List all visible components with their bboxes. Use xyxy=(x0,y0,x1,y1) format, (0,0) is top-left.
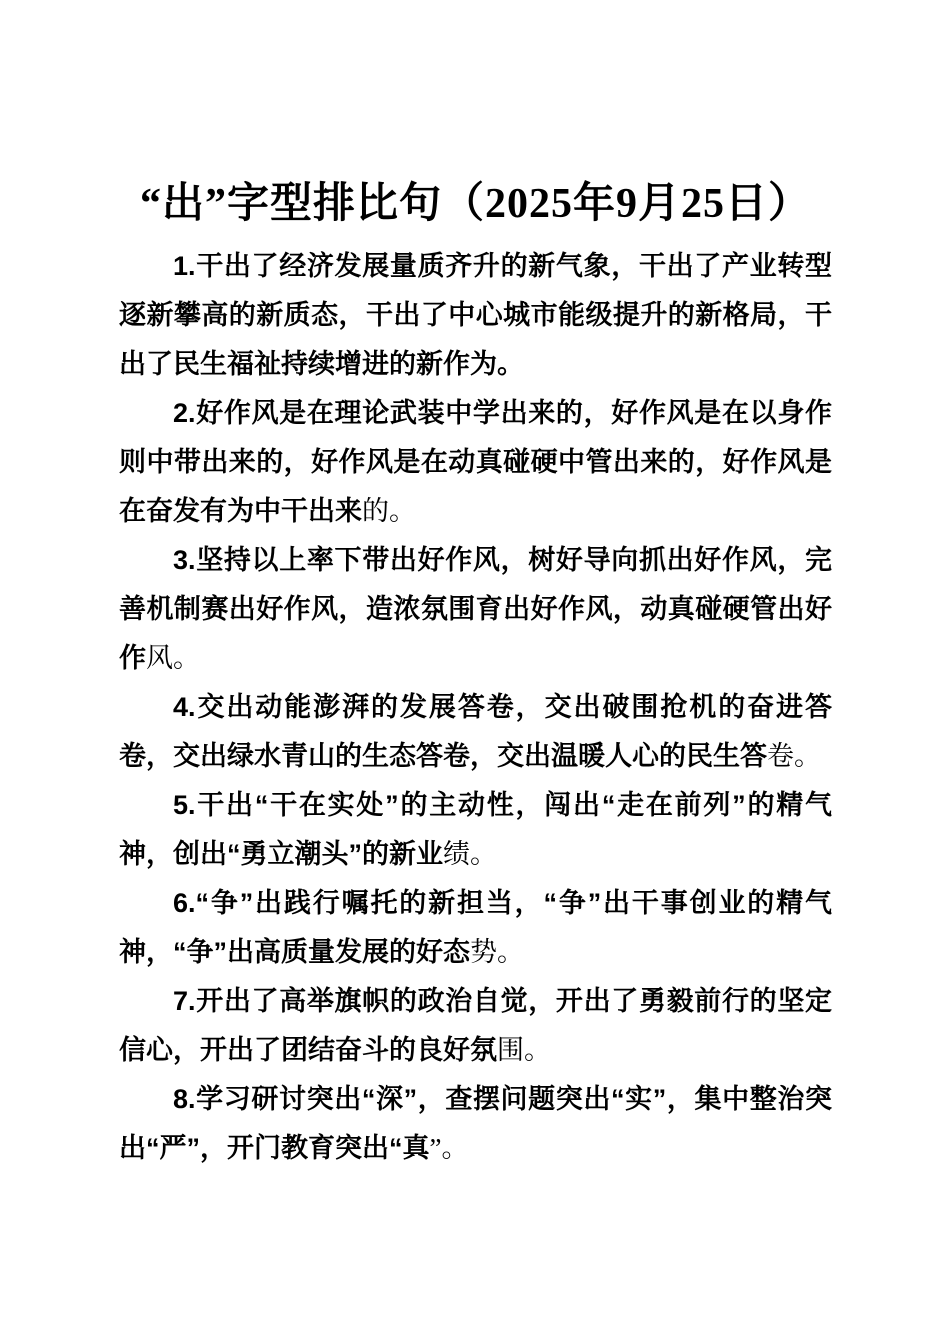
paragraph-3-tail: 风。 xyxy=(146,643,200,673)
paragraph-5-tail: 绩。 xyxy=(443,839,497,869)
paragraph-8-text: 8.学习研讨突出“深”，查摆问题突出“实”，集中整治突出“严”，开门教育突出“真 xyxy=(119,1084,832,1163)
paragraph-3-text: 3.坚持以上率下带出好作风，树好导向抓出好作风，完善机制赛出好作风，造浓氛围育出… xyxy=(119,545,832,673)
paragraph-1-text: 1.干出了经济发展量质齐升的新气象，干出了产业转型逐新攀高的新质态，干出了中心城… xyxy=(119,251,832,379)
paragraph-7: 7.开出了高举旗帜的政治自觉，开出了勇毅前行的坚定信心，开出了团结奋斗的良好氛围… xyxy=(119,977,832,1075)
paragraph-4-tail: 卷。 xyxy=(767,741,821,771)
document-title: “出”字型排比句（2025年9月25日） xyxy=(119,0,832,232)
paragraph-4: 4.交出动能澎湃的发展答卷，交出破围抢机的奋进答卷，交出绿水青山的生态答卷，交出… xyxy=(119,683,832,781)
paragraph-8: 8.学习研讨突出“深”，查摆问题突出“实”，集中整治突出“严”，开门教育突出“真… xyxy=(119,1075,832,1173)
paragraph-4-text: 4.交出动能澎湃的发展答卷，交出破围抢机的奋进答卷，交出绿水青山的生态答卷，交出… xyxy=(119,692,832,771)
paragraph-5: 5.干出“干在实处”的主动性，闯出“走在前列”的精气神，创出“勇立潮头”的新业绩… xyxy=(119,781,832,879)
document-content: “出”字型排比句（2025年9月25日） 1.干出了经济发展量质齐升的新气象，干… xyxy=(0,0,950,1173)
paragraph-7-text: 7.开出了高举旗帜的政治自觉，开出了勇毅前行的坚定信心，开出了团结奋斗的良好氛 xyxy=(119,986,832,1065)
paragraph-3: 3.坚持以上率下带出好作风，树好导向抓出好作风，完善机制赛出好作风，造浓氛围育出… xyxy=(119,536,832,683)
paragraph-2: 2.好作风是在理论武装中学出来的，好作风是在以身作则中带出来的，好作风是在动真碰… xyxy=(119,389,832,536)
paragraph-6-tail: 势。 xyxy=(470,937,524,967)
paragraph-8-tail: ”。 xyxy=(430,1133,469,1163)
document-page: “出”字型排比句（2025年9月25日） 1.干出了经济发展量质齐升的新气象，干… xyxy=(0,0,950,1344)
paragraph-2-tail: 的。 xyxy=(362,496,416,526)
paragraph-2-text: 2.好作风是在理论武装中学出来的，好作风是在以身作则中带出来的，好作风是在动真碰… xyxy=(119,398,832,526)
paragraph-1: 1.干出了经济发展量质齐升的新气象，干出了产业转型逐新攀高的新质态，干出了中心城… xyxy=(119,242,832,389)
paragraph-7-tail: 围。 xyxy=(497,1035,551,1065)
paragraph-6: 6.“争”出践行嘱托的新担当，“争”出干事创业的精气神，“争”出高质量发展的好态… xyxy=(119,879,832,977)
